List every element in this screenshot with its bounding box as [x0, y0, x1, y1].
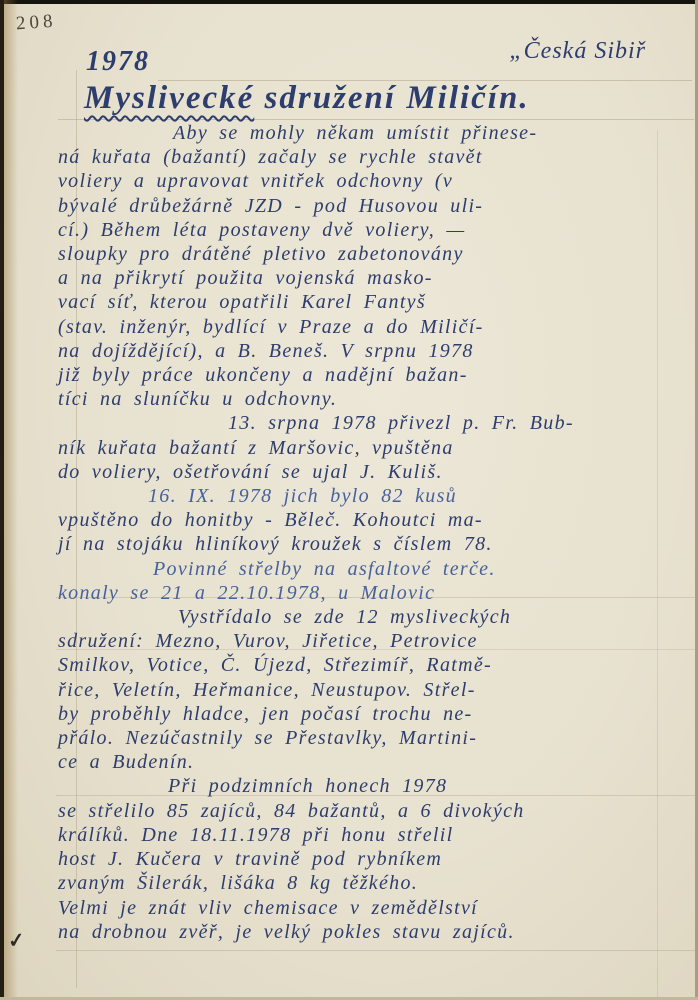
handwriting-line: vací síť, kterou opatřili Karel Fantyš [58, 290, 666, 314]
ruled-line [56, 950, 696, 951]
margin-checkmark: ✓ [7, 927, 26, 954]
handwriting-line: zvaným Šilerák, lišáka 8 kg těžkého. [58, 871, 666, 895]
handwriting-line: do voliery, ošetřování se ujal J. Kuliš. [58, 460, 666, 484]
handwriting-line: řice, Veletín, Heřmanice, Neustupov. Stř… [58, 678, 666, 702]
handwriting-line: bývalé drůbežárně JZD - pod Husovou uli- [58, 194, 666, 218]
handwriting-line: přálo. Nezúčastnily se Přestavlky, Marti… [58, 726, 666, 750]
handwriting-line: jí na stojáku hliníkový kroužek s číslem… [58, 532, 666, 556]
handwriting-line: Při podzimních honech 1978 [58, 774, 666, 798]
handwriting-line: Smilkov, Votice, Č. Újezd, Střezimíř, Ra… [58, 653, 666, 677]
handwriting-line: ce a Budenín. [58, 750, 666, 774]
handwriting-line: a na přikrytí použita vojenská masko- [58, 266, 666, 290]
handwriting-line: Vystřídalo se zde 12 mysliveckých [58, 605, 666, 629]
page-title: Myslivecké sdružení Miličín. [84, 80, 530, 117]
page-title-underlined-word: Myslivecké [84, 80, 254, 116]
handwriting-line: Aby se mohly někam umístit přinese- [58, 121, 666, 145]
scan-edge-left-shadow [4, 0, 18, 1000]
handwriting-line: Velmi je znát vliv chemisace v zemědělst… [58, 896, 666, 920]
handwriting-line: na drobnou zvěř, je velký pokles stavu z… [58, 920, 666, 944]
handwriting-line: králíků. Dne 18.11.1978 při honu střelil [58, 823, 666, 847]
handwriting-line: ná kuřata (bažantí) začaly se rychle sta… [58, 145, 666, 169]
page-title-rest: sdružení Miličín. [254, 80, 529, 116]
handwriting-line: ník kuřata bažantí z Maršovic, vpuštěna [58, 436, 666, 460]
handwriting-line: cí.) Během léta postaveny dvě voliery, — [58, 218, 666, 242]
handwriting-line: na dojíždějící), a B. Beneš. V srpnu 197… [58, 339, 666, 363]
handwriting-line: (stav. inženýr, bydlící v Praze a do Mil… [58, 315, 666, 339]
handwriting-line: 13. srpna 1978 přivezl p. Fr. Bub- [58, 411, 666, 435]
scan-edge-top [0, 0, 698, 4]
handwriting-line: sloupky pro drátěné pletivo zabetonovány [58, 242, 666, 266]
handwriting-line: sdružení: Mezno, Vurov, Jiřetice, Petrov… [58, 629, 666, 653]
handwriting-line: tíci na sluníčku u odchovny. [58, 387, 666, 411]
year-heading: 1978 [86, 46, 150, 78]
handwriting-line: vpuštěno do honitby - Běleč. Kohoutci ma… [58, 508, 666, 532]
handwritten-text-block: Aby se mohly někam umístit přinese-ná ku… [58, 121, 666, 944]
handwriting-line: 16. IX. 1978 jich bylo 82 kusů [58, 484, 666, 508]
handwriting-line: se střelilo 85 zajíců, 84 bažantů, a 6 d… [58, 799, 666, 823]
page-number: 208 [15, 11, 57, 36]
chronicle-page-scan: 208 1978 „Česká Sibiř Myslivecké sdružen… [0, 0, 698, 1000]
ruled-line [58, 119, 694, 120]
region-label: „Česká Sibiř [509, 38, 646, 65]
handwriting-line: konaly se 21 a 22.10.1978, u Malovic [58, 581, 666, 605]
handwriting-line: již byly práce ukončeny a nadějní bažan- [58, 363, 666, 387]
handwriting-line: host J. Kučera v travině pod rybníkem [58, 847, 666, 871]
handwriting-line: voliery a upravovat vnitřek odchovny (v [58, 169, 666, 193]
handwriting-line: Povinné střelby na asfaltové terče. [58, 557, 666, 581]
handwriting-line: by proběhly hladce, jen počasí trochu ne… [58, 702, 666, 726]
